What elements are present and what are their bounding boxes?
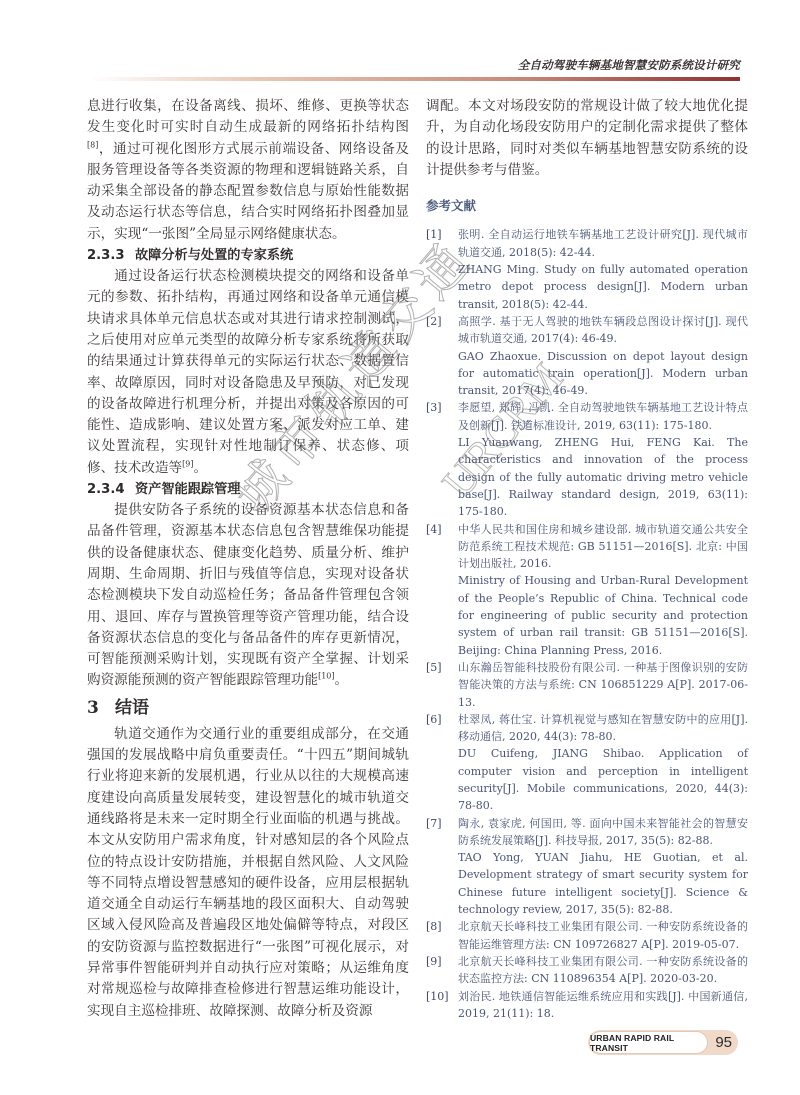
reference-item: [6] 杜翠凤, 蒋仕宝. 计算机视觉与感知在智慧安防中的应用[J]. 移动通信… [426,711,748,815]
right-column: 调配。本文对场段安防的常规设计做了较大地优化提升，为自动化场段安防用户的定制化需… [426,96,748,1057]
reference-cn: 杜翠凤, 蒋仕宝. 计算机视觉与感知在智慧安防中的应用[J]. 移动通信, 20… [458,713,748,743]
reference-item: [1] 张明. 全自动运行地铁车辆基地工艺设计研究[J]. 现代城市轨道交通, … [426,226,748,312]
section-number: 3 [87,695,115,721]
reference-cn: 张明. 全自动运行地铁车辆基地工艺设计研究[J]. 现代城市轨道交通, 2018… [458,228,748,258]
reference-item: [4] 中华人民共和国住房和城乡建设部. 城市轨道交通公共安全防范系统工程技术规… [426,521,748,659]
reference-index: [1] [426,226,442,243]
paragraph-expert-system: 通过设备运行状态检测模块提交的网络和设备单元的参数、拓扑结构，再通过网络和设备单… [87,266,409,479]
reference-cn: 山东瀚岳智能科技股份有限公司. 一种基于图像识别的安防智能决策的方法与系统: C… [458,661,748,709]
section-heading-3: 3结语 [87,695,409,721]
references-heading: 参考文献 [426,195,748,216]
reference-en: ZHANG Ming. Study on fully automated ope… [458,261,748,313]
header-rule [90,77,740,81]
reference-cn: 中华人民共和国住房和城乡建设部. 城市轨道交通公共安全防范系统工程技术规范: G… [458,523,748,571]
reference-en: Ministry of Housing and Urban-Rural Deve… [458,572,748,658]
section-number: 2.3.4 [87,479,135,500]
reference-index: [6] [426,711,442,728]
section-heading-2-3-4: 2.3.4资产智能跟踪管理 [87,479,409,500]
section-title: 资产智能跟踪管理 [135,482,241,497]
journal-name: URBAN RAPID RAIL TRANSIT [589,1031,708,1054]
paragraph-conclusion: 轨道交通作为交通行业的重要组成部分，在交通强国的发展战略中肩负重要责任。“十四五… [87,724,409,1022]
reference-en: DU Cuifeng, JIANG Shibao. Application of… [458,745,748,814]
section-heading-2-3-3: 2.3.3故障分析与处置的专家系统 [87,245,409,266]
reference-index: [9] [426,953,442,970]
reference-item: [10] 刘治民. 地铁通信智能运维系统应用和实践[J]. 中国新通信, 201… [426,988,748,1023]
reference-item: [2] 高照学. 基于无人驾驶的地铁车辆段总图设计探讨[J]. 现代城市轨道交通… [426,313,748,399]
reference-index: [7] [426,815,442,832]
paragraph-text: 通过设备运行状态检测模块提交的网络和设备单元的参数、拓扑结构，再通过网络和设备单… [87,268,409,476]
reference-index: [2] [426,313,442,330]
citation-ref: [9] [182,459,193,468]
reference-index: [4] [426,521,442,538]
citation-ref: [10] [318,672,334,681]
reference-index: [8] [426,918,442,935]
reference-en: LI Yuanwang, ZHENG Hui, FENG Kai. The ch… [458,434,748,520]
reference-en: GAO Zhaoxue. Discussion on depot layout … [458,348,748,400]
reference-en: TAO Yong, YUAN Jiahu, HE Guotian, et al.… [458,849,748,918]
reference-cn: 刘治民. 地铁通信智能运维系统应用和实践[J]. 中国新通信, 2019, 21… [458,990,748,1020]
reference-cn: 北京航天长峰科技工业集团有限公司. 一种安防系统设备的智能运维管理方法: CN … [458,920,748,950]
section-title: 故障分析与处置的专家系统 [135,248,293,263]
reference-index: [10] [426,988,449,1005]
paragraph-text: 。 [194,460,208,476]
reference-cn: 李愿望, 郑辉, 冯凯. 全自动驾驶地铁车辆基地工艺设计特点及创新[J]. 铁道… [458,401,748,431]
reference-item: [7] 陶永, 袁家虎, 何国田, 等. 面向中国未来智能社会的智慧安防系统发展… [426,815,748,919]
citation-ref: [8] [87,140,98,149]
reference-item: [3] 李愿望, 郑辉, 冯凯. 全自动驾驶地铁车辆基地工艺设计特点及创新[J]… [426,399,748,520]
reference-item: [5] 山东瀚岳智能科技股份有限公司. 一种基于图像识别的安防智能决策的方法与系… [426,659,748,711]
paragraph-asset-tracking: 提供安防各子系统的设备资源基本状态信息和备品备件管理，资源基本状态信息包含智慧维… [87,500,409,692]
reference-list: [1] 张明. 全自动运行地铁车辆基地工艺设计研究[J]. 现代城市轨道交通, … [426,226,748,1022]
reference-index: [5] [426,659,442,676]
paragraph-text: 。 [335,672,349,688]
paragraph-conclusion-continued: 调配。本文对场段安防的常规设计做了较大地优化提升，为自动化场段安防用户的定制化需… [426,96,748,181]
reference-item: [9] 北京航天长峰科技工业集团有限公司. 一种安防系统设备的状态监控方法: C… [426,953,748,988]
paragraph-text: 息进行收集，在设备离线、损坏、维修、更换等状态发生变化时可实时自动生成最新的网络… [87,98,409,135]
section-number: 2.3.3 [87,245,135,266]
paragraph-text: ，通过可视化图形方式展示前端设备、网络设备及服务管理设备等各类资源的物理和逻辑链… [87,141,409,242]
paragraph-text: 提供安防各子系统的设备资源基本状态信息和备品备件管理，资源基本状态信息包含智慧维… [87,502,409,688]
reference-index: [3] [426,399,442,416]
section-title: 结语 [115,698,149,718]
page-number: 95 [715,1032,732,1053]
running-head: 全自动驾驶车辆基地智慧安防系统设计研究 [518,57,740,73]
reference-cn: 高照学. 基于无人驾驶的地铁车辆段总图设计探讨[J]. 现代城市轨道交通, 20… [458,315,748,345]
left-column: 息进行收集，在设备离线、损坏、维修、更换等状态发生变化时可实时自动生成最新的网络… [87,96,409,1022]
reference-cn: 陶永, 袁家虎, 何国田, 等. 面向中国未来智能社会的智慧安防系统发展策略[J… [458,817,748,847]
footer-badge: URBAN RAPID RAIL TRANSIT 95 [588,1030,738,1055]
reference-item: [8] 北京航天长峰科技工业集团有限公司. 一种安防系统设备的智能运维管理方法:… [426,918,748,953]
paragraph-network-topology: 息进行收集，在设备离线、损坏、维修、更换等状态发生变化时可实时自动生成最新的网络… [87,96,409,245]
reference-cn: 北京航天长峰科技工业集团有限公司. 一种安防系统设备的状态监控方法: CN 11… [458,955,748,985]
